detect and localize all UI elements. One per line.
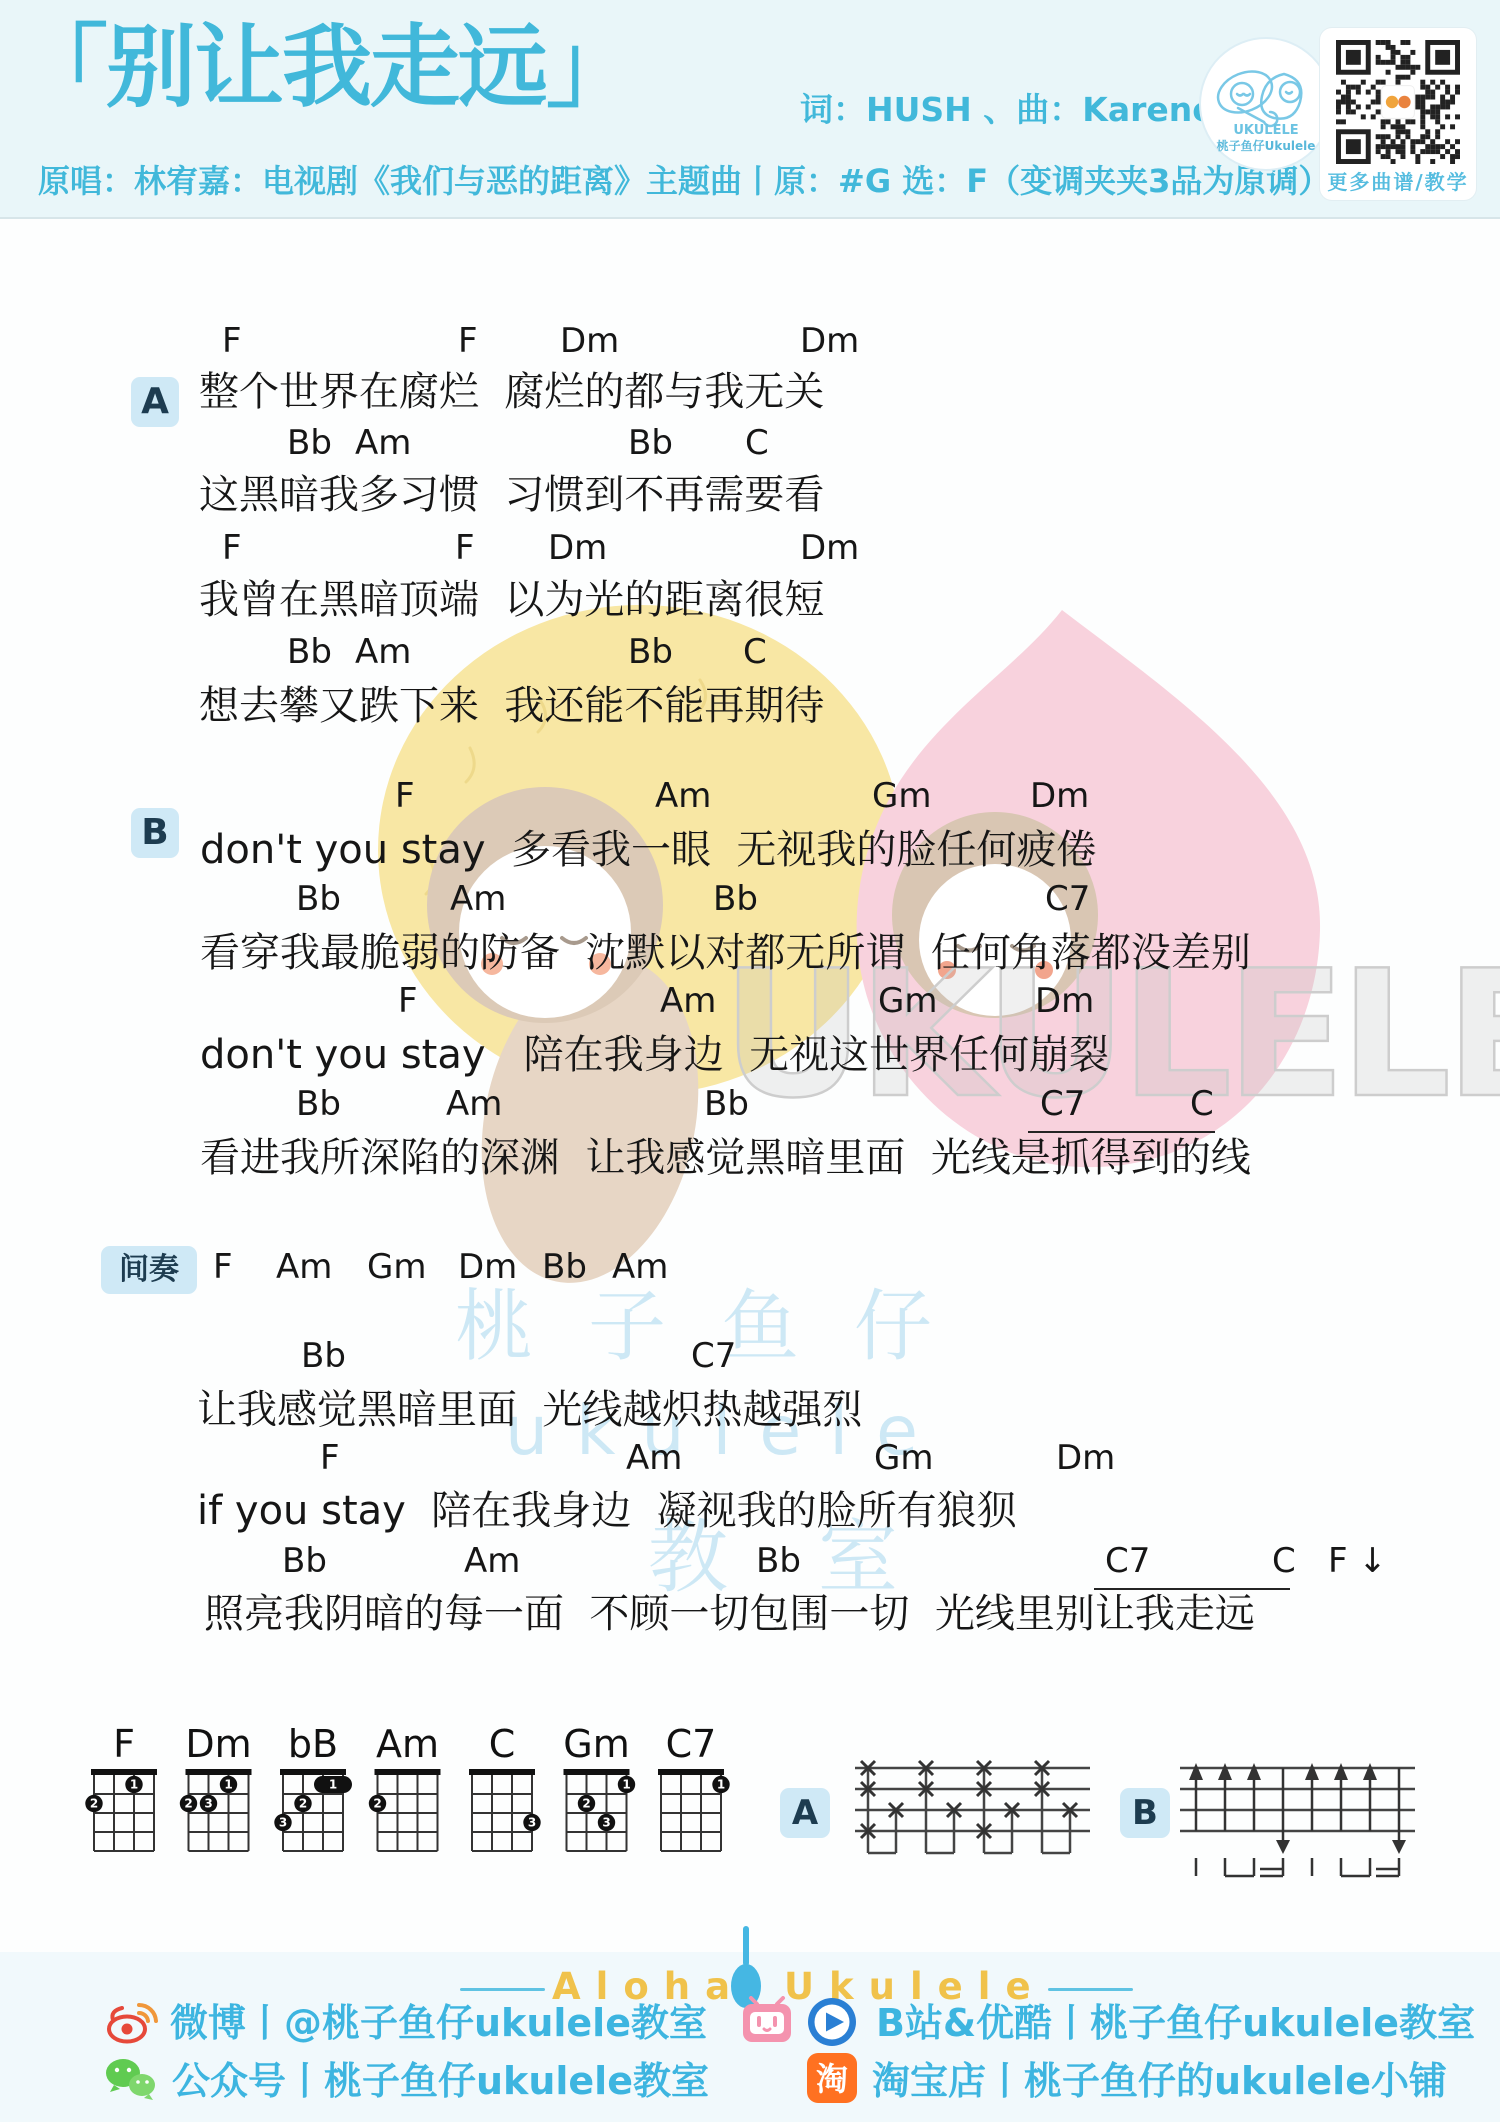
chord-label: Bb — [713, 882, 758, 916]
chord-label: Bb — [301, 1339, 346, 1373]
chord-label: Bb — [282, 1544, 327, 1578]
chord-diagram-Dm: Dm231 — [180, 1722, 252, 1851]
chord-label: Am — [446, 1087, 502, 1121]
chord-diagram-F: F21 — [85, 1722, 157, 1851]
svg-text:bB: bB — [288, 1722, 338, 1766]
strum-pattern-A — [855, 1761, 1090, 1853]
svg-text:Gm: Gm — [563, 1722, 629, 1766]
chord-label: Am — [655, 779, 711, 813]
chord-label: Am — [355, 426, 411, 460]
chord-label: Am — [276, 1250, 332, 1284]
footer-link-text: 微博丨@桃子鱼仔ukulele教室 — [170, 2002, 707, 2046]
chord-label: Bb — [296, 1087, 341, 1121]
footer-icon-youku — [806, 1996, 858, 2048]
section-badge-B: B — [131, 808, 179, 858]
chord-label: Dm — [1035, 984, 1094, 1018]
chord-underline — [1094, 1588, 1290, 1590]
footer-link-text: 公众号丨桃子鱼仔ukulele教室 — [172, 2060, 709, 2104]
chord-label: Am — [450, 882, 506, 916]
brand-line-right — [1048, 1988, 1133, 1991]
qr-caption: 更多曲谱/教学 — [1320, 166, 1476, 195]
footer-icon-taobao: 淘 — [806, 2052, 858, 2104]
chord-label: C — [743, 635, 767, 669]
lyric-line: 看进我所深陷的深渊 让我感觉黑暗里面 光线是抓得到的线 — [200, 1138, 1251, 1178]
svg-text:3: 3 — [528, 1816, 536, 1830]
bilibili-icon — [742, 1996, 792, 2046]
chord-label: Bb — [287, 426, 332, 460]
weibo-icon — [106, 1996, 162, 2044]
chord-diagram-bB: bB321 — [274, 1722, 352, 1851]
lyric-line: 想去攀又跌下来 我还能不能再期待 — [199, 686, 824, 726]
svg-text:3: 3 — [204, 1797, 212, 1811]
svg-text:淘: 淘 — [816, 2060, 848, 2098]
svg-text:1: 1 — [717, 1778, 725, 1792]
chord-label: Gm — [367, 1250, 426, 1284]
lyric-line: 整个世界在腐烂 腐烂的都与我无关 — [199, 372, 824, 412]
chord-label: F — [213, 1250, 233, 1284]
chord-label: Bb — [296, 882, 341, 916]
chord-label: Am — [660, 984, 716, 1018]
logo-caption: 桃子鱼仔Ukulele — [1217, 138, 1316, 153]
chord-diagram-C7: C71 — [658, 1722, 730, 1851]
brand-word-aloha: Aloha — [552, 1968, 745, 2005]
chord-label: Gm — [874, 1441, 933, 1475]
chord-label: Dm — [458, 1250, 517, 1284]
footer-link-text: B站&优酷丨桃子鱼仔ukulele教室 — [876, 2002, 1475, 2046]
svg-text:Dm: Dm — [185, 1722, 251, 1766]
strum-badge-B: B — [1120, 1788, 1170, 1838]
chord-label: Dm — [560, 324, 619, 358]
svg-text:3: 3 — [602, 1816, 610, 1830]
qr-code — [1336, 40, 1460, 164]
chord-underline — [1028, 1131, 1215, 1133]
youku-play-icon — [806, 1996, 858, 2048]
svg-text:C: C — [489, 1722, 516, 1766]
chord-label: C7 — [1045, 882, 1090, 916]
chord-label: Dm — [1030, 779, 1089, 813]
studio-logo-icon: UKULELE 桃子鱼仔Ukulele — [1198, 36, 1334, 172]
chord-label: Am — [612, 1250, 668, 1284]
footer-icon-bilibili-youku — [742, 1996, 792, 2046]
chord-label: F — [395, 779, 415, 813]
qr-panel: 更多曲谱/教学 — [1320, 28, 1476, 200]
lyric-line: 这黑暗我多习惯 习惯到不再需要看 — [199, 475, 824, 515]
chord-label: C — [1272, 1544, 1296, 1578]
chord-label: Dm — [800, 531, 859, 565]
chord-label: Am — [626, 1441, 682, 1475]
lyric-line: 照亮我阴暗的每一面 不顾一切包围一切 光线里别让我走远 — [204, 1594, 1255, 1634]
chord-diagram-C: C3 — [469, 1722, 541, 1851]
chord-label: C7 — [1040, 1087, 1085, 1121]
lyric-line: 看穿我最脆弱的防备 沈默以对都无所谓 任何角落都没差别 — [200, 933, 1251, 973]
svg-text:1: 1 — [622, 1778, 630, 1792]
chord-label: Bb — [704, 1087, 749, 1121]
svg-text:1: 1 — [130, 1778, 138, 1792]
lyric-line: 让我感觉黑暗里面 光线越炽热越强烈 — [197, 1390, 862, 1430]
chord-label: F — [222, 531, 242, 565]
chord-label: F — [398, 984, 418, 1018]
chord-label: Am — [464, 1544, 520, 1578]
chord-sheet-page: UKULELE 桃子鱼仔 ukulele 教室 「别让我走远」 词：HUSH 、… — [0, 0, 1500, 2122]
chord-label: Gm — [878, 984, 937, 1018]
svg-text:1: 1 — [224, 1778, 232, 1792]
chord-label: Bb — [628, 426, 673, 460]
lyric-line: don't you stay 多看我一眼 无视我的脸任何疲倦 — [200, 830, 1096, 870]
chord-label: C7 — [1105, 1544, 1150, 1578]
section-badge-间奏: 间奏 — [101, 1246, 197, 1294]
footer-icon-weibo — [106, 1996, 162, 2044]
footer-icon-wechat — [102, 2054, 160, 2102]
song-title: 「别让我走远」 — [18, 16, 634, 120]
taobao-icon: 淘 — [806, 2052, 858, 2104]
song-subtitle: 原唱：林宥嘉：电视剧《我们与恶的距离》主题曲丨原：#G 选：F（变调夹夹3品为原… — [38, 156, 1330, 202]
svg-text:2: 2 — [582, 1797, 590, 1811]
svg-text:2: 2 — [373, 1797, 381, 1811]
chord-label: Dm — [800, 324, 859, 358]
footer-link-text: 淘宝店丨桃子鱼仔的ukulele小铺 — [872, 2060, 1447, 2104]
svg-text:C7: C7 — [666, 1722, 717, 1766]
studio-logo: UKULELE 桃子鱼仔Ukulele — [1198, 36, 1334, 172]
chord-label: Gm — [872, 779, 931, 813]
chord-label: C — [745, 426, 769, 460]
logo-wordmark: UKULELE — [1233, 123, 1298, 138]
chord-label: Am — [355, 635, 411, 669]
wechat-icon — [102, 2054, 160, 2102]
lyric-line: don't you stay 陪在我身边 无视这世界任何崩裂 — [200, 1035, 1109, 1075]
strum-badge-A: A — [780, 1788, 830, 1838]
chord-diagram-Am: Am2 — [369, 1722, 441, 1851]
lyric-line: 我曾在黑暗顶端 以为光的距离很短 — [199, 580, 824, 620]
chord-label: F — [458, 324, 478, 358]
lyric-line: if you stay 陪在我身边 凝视我的脸所有狼狈 — [197, 1491, 1017, 1531]
chord-label: Bb — [756, 1544, 801, 1578]
svg-text:2: 2 — [299, 1797, 307, 1811]
chord-label: Bb — [628, 635, 673, 669]
svg-text:Am: Am — [376, 1722, 439, 1766]
chord-label: F — [320, 1441, 340, 1475]
chord-label: C — [1190, 1087, 1214, 1121]
chord-label: C7 — [691, 1339, 736, 1373]
brand-line-left — [460, 1988, 545, 1991]
svg-text:2: 2 — [184, 1797, 192, 1811]
chord-label: Dm — [548, 531, 607, 565]
chord-label: Dm — [1056, 1441, 1115, 1475]
svg-text:2: 2 — [90, 1797, 98, 1811]
chord-diagram-Gm: Gm123 — [563, 1722, 635, 1851]
svg-text:F: F — [113, 1722, 135, 1766]
svg-text:1: 1 — [329, 1778, 337, 1792]
chord-label: F — [455, 531, 475, 565]
chord-label: Bb — [287, 635, 332, 669]
chord-label: F — [222, 324, 242, 358]
chord-label: F ↓ — [1328, 1544, 1387, 1578]
header-divider — [0, 217, 1500, 219]
section-badge-A: A — [131, 377, 179, 427]
strum-pattern-B — [1180, 1763, 1415, 1876]
svg-text:3: 3 — [279, 1816, 287, 1830]
chord-label: Bb — [542, 1250, 587, 1284]
